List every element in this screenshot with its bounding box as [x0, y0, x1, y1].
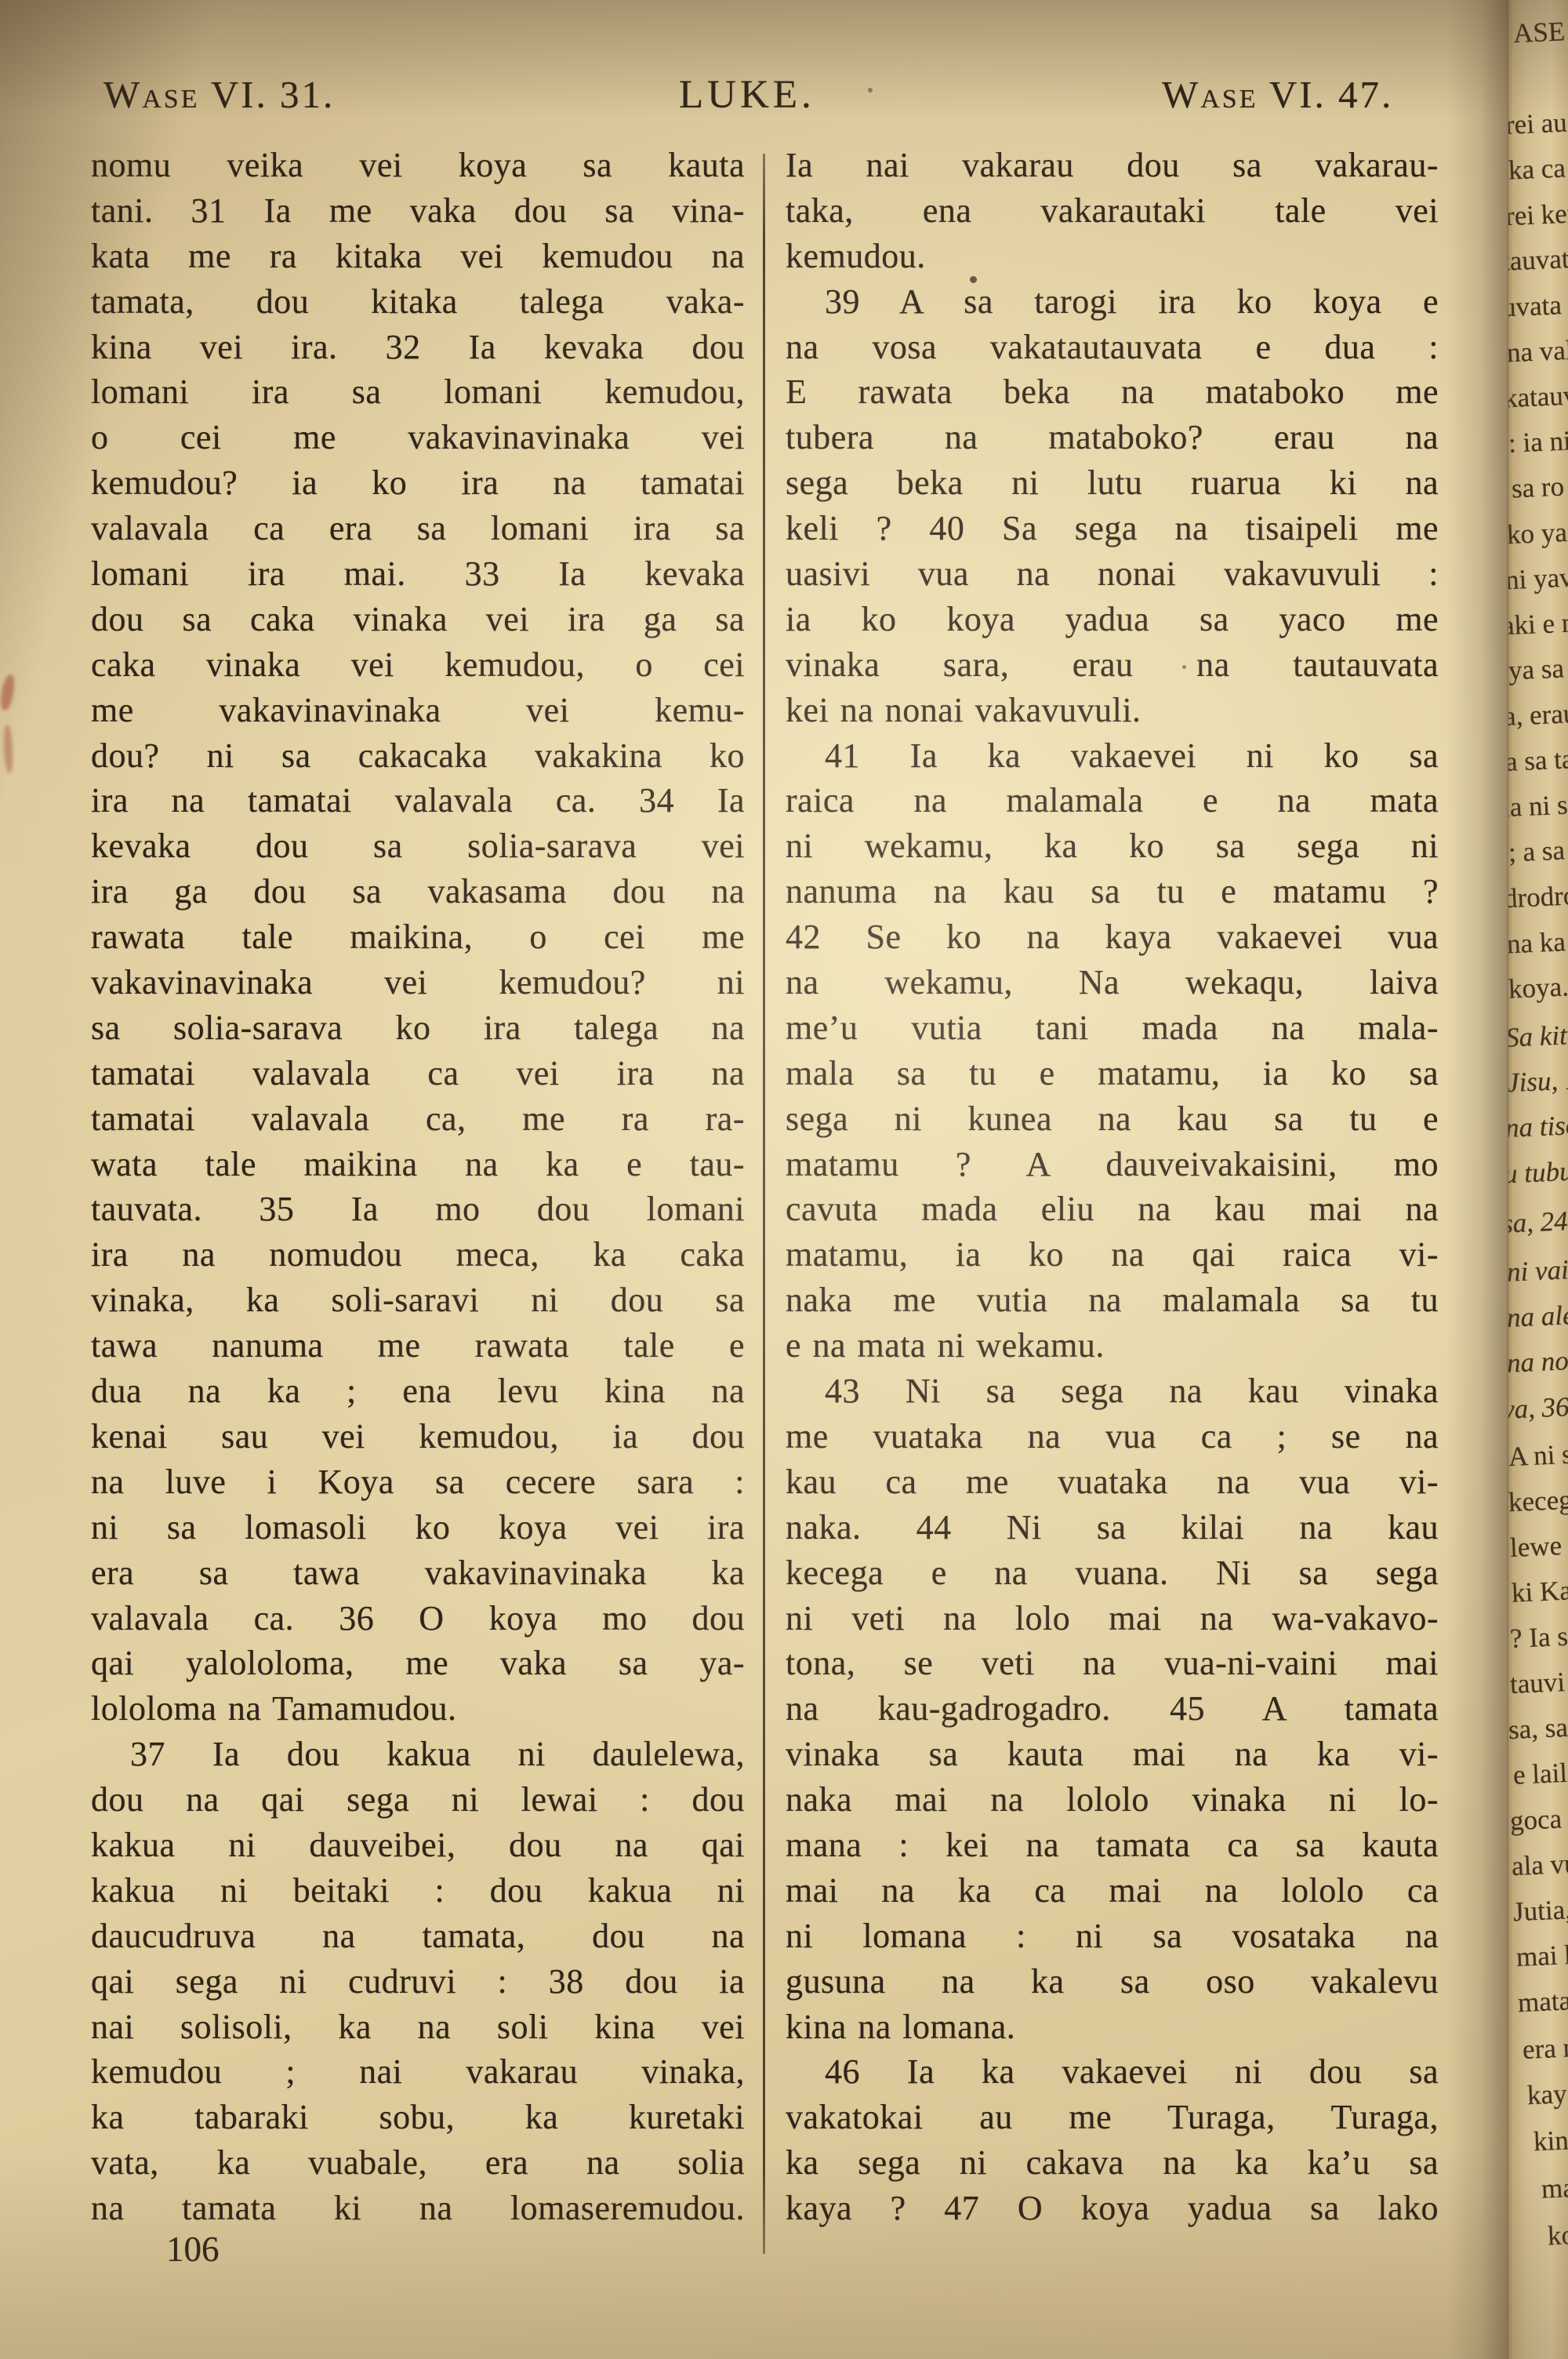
text-line: ni sa lomasoli ko koya vei ira	[91, 1505, 745, 1550]
edge-text-fragment: e laila	[1512, 1758, 1568, 1789]
edge-text-fragment: sa, 24-30	[1507, 1205, 1568, 1238]
edge-text-fragment: era ma	[1522, 2033, 1568, 2063]
edge-text-fragment: tauvat	[1507, 245, 1568, 275]
text-line: kei na nonai vakavuvuli.	[786, 688, 1439, 733]
text-line: taka, ena vakarautaki tale vei	[786, 188, 1439, 234]
edge-text-fragment: uvata ke	[1507, 289, 1568, 321]
text-line: sega ni kunea na kau sa tu e	[786, 1096, 1439, 1142]
text-line: na tamata ki na lomaseremudou.	[91, 2186, 745, 2231]
text-line: me’u vutia tani mada na mala-	[786, 1005, 1439, 1051]
text-line: nai solisoli, ka na soli kina vei	[91, 2005, 745, 2050]
edge-text-fragment: katauva	[1507, 381, 1568, 413]
text-line: ka sega ni cakava na ka ka’u sa	[786, 2140, 1439, 2186]
text-line: keli ? 40 Sa sega na tisaipeli me	[786, 506, 1439, 551]
text-line: tamatai valavala ca, me ra ra-	[91, 1096, 745, 1142]
text-line: tona, se veti na vua-ni-vaini mai	[786, 1641, 1439, 1686]
edge-text-fragment: ya, 36-50	[1507, 1391, 1568, 1423]
text-line: caka vinaka vei kemudou, o cei	[91, 642, 745, 688]
left-text-column: nomu veika vei koya sa kautatani. 31 Ia …	[91, 143, 745, 2231]
text-line: sa solia-sarava ko ira talega na	[91, 1005, 745, 1051]
text-line: vinaka sa kauta mai na ka vi-	[786, 1732, 1439, 1777]
text-line: ira na nomudou meca, ka caka	[91, 1232, 745, 1278]
text-line: e na mata ni wekamu.	[786, 1323, 1439, 1369]
text-line: tamatai valavala ca vei ira na	[91, 1051, 745, 1096]
text-line: kata me ra kitaka vei kemudou na	[91, 234, 745, 279]
text-line: kemudou? ia ko ira na tamatai	[91, 460, 745, 506]
text-line: vakatokai au me Turaga, Turaga,	[786, 2095, 1439, 2140]
scanned-book-page: Wase VI. 31. LUKE. Wase VI. 47. nomu vei…	[0, 0, 1568, 2359]
edge-text-fragment: mata. 4	[1517, 1986, 1568, 2016]
next-page-edge: ASE VI. 4rei au,ka carei kemtauvatuvata …	[1507, 0, 1568, 2359]
edge-text-fragment: na ka le	[1507, 927, 1568, 958]
text-line: ka tabaraki sobu, ka kuretaki	[91, 2095, 745, 2140]
edge-text-fragment: ki Ka	[1511, 1576, 1568, 1606]
edge-text-fragment: ala vua	[1511, 1849, 1568, 1880]
text-line: ira ga dou sa vakasama dou na	[91, 869, 745, 914]
edge-text-fragment: Jutia, m	[1512, 1895, 1568, 1926]
text-line: E rawata beka na mataboko me	[786, 369, 1439, 415]
edge-text-fragment: sa, sa d	[1508, 1713, 1568, 1743]
text-line: 37 Ia dou kakua ni daulelewa,	[91, 1732, 745, 1777]
text-line: nomu veika vei koya sa kauta	[91, 143, 745, 188]
page-number: 106	[166, 2229, 220, 2270]
text-line: vakavinavinaka vei kemudou? ni	[91, 960, 745, 1005]
text-line: ni veti na lolo mai na wa-vakavo-	[786, 1596, 1439, 1641]
edge-text-fragment: a, erau	[1507, 700, 1568, 730]
text-line: sega beka ni lutu ruarua ki na	[786, 460, 1439, 506]
text-line: raica na malamala e na mata	[786, 778, 1439, 823]
text-line: kevaka dou sa solia-sarava vei	[91, 823, 745, 869]
edge-text-fragment: ? Ia sa	[1509, 1622, 1568, 1652]
edge-text-fragment: mana	[1541, 2172, 1568, 2202]
text-line: valavala ca. 36 O koya mo dou	[91, 1596, 745, 1641]
edge-text-fragment: kina	[1533, 2126, 1568, 2156]
edge-text-fragment: kecega	[1508, 1485, 1568, 1516]
edge-text-fragment: a sa ta	[1507, 745, 1568, 776]
text-line: ni wekamu, ka ko sa sega ni	[786, 823, 1439, 869]
text-line: na kau-gadrogadro. 45 A tamata	[786, 1686, 1439, 1732]
text-line: tawa nanuma me rawata tale e	[91, 1323, 745, 1369]
text-line: kemudou ; nai vakarau vinaka,	[91, 2049, 745, 2095]
text-line: 39 A sa tarogi ira ko koya e	[786, 279, 1439, 325]
edge-text-fragment: drodro,	[1507, 881, 1568, 912]
edge-text-fragment: A ni sa	[1508, 1440, 1568, 1470]
text-line: ia ko koya yadua sa yaco me	[786, 597, 1439, 642]
text-line: rawata tale maikina, o cei me	[91, 914, 745, 960]
column-divider-rule	[763, 154, 765, 2254]
edge-text-fragment: lewe v	[1509, 1531, 1568, 1561]
edge-text-fragment: na tiso	[1507, 1111, 1568, 1142]
running-head-left: Wase VI. 31.	[103, 72, 335, 117]
text-line: valavala ca era sa lomani ira sa	[91, 506, 745, 551]
text-line: mala sa tu e matamu, ia ko sa	[786, 1051, 1439, 1096]
ink-speck	[868, 88, 873, 93]
edge-text-fragment: la ni so	[1507, 791, 1568, 821]
text-line: matamu, ia ko na qai raica vi-	[786, 1232, 1439, 1278]
text-line: mana : kei na tamata ca sa kauta	[786, 1823, 1439, 1868]
text-line: tamata, dou kitaka talega vaka-	[91, 279, 745, 325]
edge-text-fragment: na ale	[1507, 1301, 1568, 1332]
edge-text-fragment: ya sa	[1508, 654, 1564, 684]
edge-text-fragment: rei au,	[1507, 108, 1568, 139]
text-line: qai yalololoma, me vaka sa ya-	[91, 1641, 745, 1686]
ink-speck	[1182, 665, 1186, 669]
edge-text-fragment: ka ca	[1508, 154, 1566, 184]
edge-text-fragment: Sa kitaka	[1507, 1020, 1568, 1052]
edge-text-fragment: na vale,	[1507, 336, 1568, 367]
text-line: ni lomana : ni sa vosataka na	[786, 1914, 1439, 1959]
text-line: Ia nai vakarau dou sa vakarau-	[786, 143, 1439, 188]
ink-speck	[970, 276, 977, 283]
edge-text-fragment: u tubuni	[1507, 1156, 1568, 1187]
running-head-title: LUKE.	[679, 72, 815, 118]
edge-text-fragment: kaya, S	[1526, 2078, 1568, 2109]
text-line: kau ca me vuataka na vua vi-	[786, 1459, 1439, 1505]
text-line: na luve i Koya sa cecere sara :	[91, 1459, 745, 1505]
text-line: daucudruva na tamata, dou na	[91, 1914, 745, 1959]
text-line: lomani ira mai. 33 Ia kevaka	[91, 551, 745, 597]
text-line: qai sega ni cudruvi : 38 dou ia	[91, 1959, 745, 2005]
edge-text-fragment: rei kem	[1507, 199, 1568, 231]
text-line: naka me vutia na malamala sa tu	[786, 1278, 1439, 1323]
edge-text-fragment: ; a sa	[1508, 836, 1565, 866]
text-line: tubera na mataboko? erau na	[786, 415, 1439, 460]
text-line: cavuta mada eliu na kau mai na	[786, 1187, 1439, 1232]
text-line: tani. 31 Ia me vaka dou sa vina-	[91, 188, 745, 234]
edge-text-fragment: koya.	[1508, 972, 1568, 1002]
text-line: dou na qai sega ni lewai : dou	[91, 1777, 745, 1823]
running-head-right: Wase VI. 47.	[1162, 72, 1393, 117]
edge-text-fragment: sa ro	[1511, 473, 1565, 503]
text-line: me vuataka na vua ca ; se na	[786, 1414, 1439, 1459]
text-line: kina vei ira. 32 Ia kevaka dou	[91, 325, 745, 370]
text-line: tauvata. 35 Ia mo dou lomani	[91, 1187, 745, 1232]
edge-text-fragment: tauvi n	[1509, 1667, 1568, 1698]
text-line: kenai sau vei kemudou, ia dou	[91, 1414, 745, 1459]
text-line: matamu ? A dauveivakaisini, mo	[786, 1142, 1439, 1187]
text-line: wata tale maikina na ka e tau-	[91, 1142, 745, 1187]
edge-text-fragment: na no	[1507, 1347, 1568, 1376]
text-line: mai na ka ca mai na lololo ca	[786, 1868, 1439, 1914]
text-line: 41 Ia ka vakaevei ni ko sa	[786, 733, 1439, 779]
text-line: na vosa vakatautauvata e dua :	[786, 325, 1439, 370]
edge-text-fragment: koya	[1547, 2220, 1568, 2250]
text-line: kakua ni beitaki : dou kakua ni	[91, 1868, 745, 1914]
text-line: na wekamu, Na wekaqu, laiva	[786, 960, 1439, 1005]
text-line: dou sa caka vinaka vei ira ga sa	[91, 597, 745, 642]
text-line: dou? ni sa cakacaka vakakina ko	[91, 733, 745, 779]
text-line: kemudou.	[786, 234, 1439, 279]
edge-text-fragment: ni vai	[1507, 1256, 1568, 1285]
edge-text-fragment: ni yava	[1507, 563, 1568, 594]
text-line: gusuna na ka sa oso vakalevu	[786, 1959, 1439, 2005]
text-line: 42 Se ko na kaya vakaevei vua	[786, 914, 1439, 960]
text-line: 46 Ia ka vakaevei ni dou sa	[786, 2049, 1439, 2095]
edge-text-fragment: ko ya n	[1507, 518, 1568, 548]
text-line: vata, ka vuabale, era na solia	[91, 2140, 745, 2186]
text-line: vinaka, ka soli-saravi ni dou sa	[91, 1278, 745, 1323]
text-line: o cei me vakavinavinaka vei	[91, 415, 745, 460]
text-line: lololoma na Tamamudou.	[91, 1686, 745, 1732]
text-line: uasivi vua na nonai vakavuvuli :	[786, 551, 1439, 597]
edge-text-fragment: Jisu, 1-	[1507, 1066, 1568, 1096]
text-line: lomani ira sa lomani kemudou,	[91, 369, 745, 415]
text-line: nanuma na kau sa tu e matamu ?	[786, 869, 1439, 914]
edge-text-fragment: goca na	[1509, 1804, 1568, 1835]
edge-text-fragment: aki e na	[1507, 609, 1568, 640]
edge-text-fragment: : ia ni	[1508, 427, 1568, 456]
text-line: me vakavinavinaka vei kemu-	[91, 688, 745, 733]
text-line: naka mai na lololo vinaka ni lo-	[786, 1777, 1439, 1823]
text-line: naka. 44 Ni sa kilai na kau	[786, 1505, 1439, 1550]
text-line: vinaka sara, erau na tautauvata	[786, 642, 1439, 688]
text-line: kina na lomana.	[786, 2005, 1439, 2050]
text-line: 43 Ni sa sega na kau vinaka	[786, 1369, 1439, 1414]
text-line: kakua ni dauveibei, dou na qai	[91, 1823, 745, 1868]
text-line: kaya ? 47 O koya yadua sa lako	[786, 2186, 1439, 2231]
edge-text-fragment: ASE VI. 4	[1512, 15, 1568, 47]
text-line: era sa tawa vakavinavinaka ka	[91, 1550, 745, 1596]
text-line: kecega e na vuana. Ni sa sega	[786, 1550, 1439, 1596]
edge-text-fragment: mai ka	[1515, 1940, 1568, 1971]
right-text-column: Ia nai vakarau dou sa vakarau-taka, ena …	[786, 143, 1439, 2231]
text-line: dua na ka ; ena levu kina na	[91, 1369, 745, 1414]
text-line: ira na tamatai valavala ca. 34 Ia	[91, 778, 745, 823]
